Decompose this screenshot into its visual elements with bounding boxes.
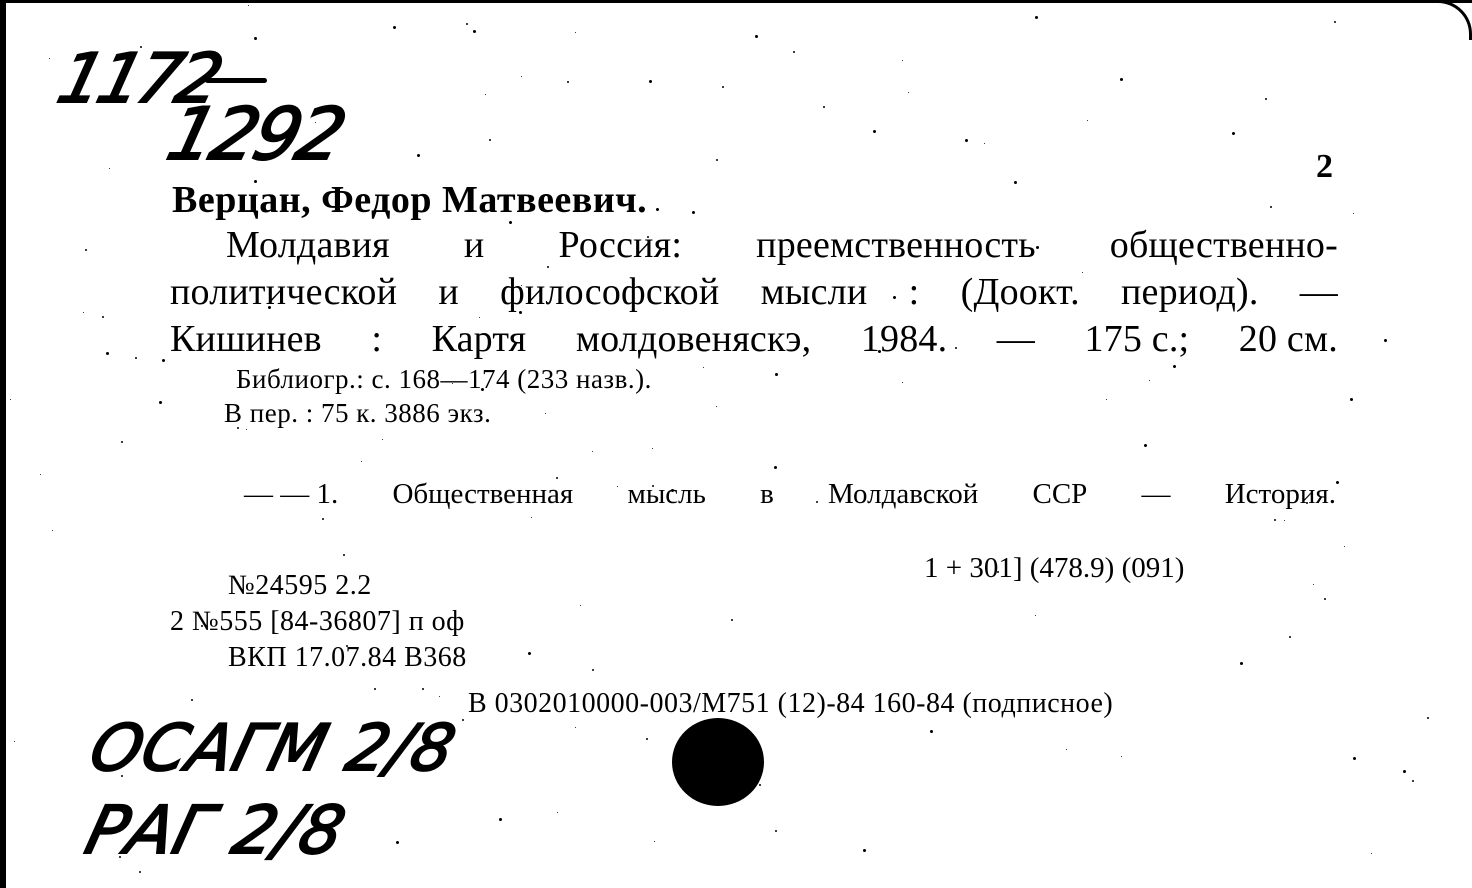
subject-word: Молдавской: [828, 478, 978, 511]
title-word: 20 см.: [1239, 316, 1338, 363]
subject-word: История.: [1225, 478, 1336, 511]
title-word: общественно-: [1110, 222, 1338, 269]
title-word: Россия:: [558, 222, 682, 269]
price-and-print-run: В пер. : 75 к. 3886 экз.: [224, 398, 491, 429]
title-word: мысли: [761, 269, 868, 316]
title-word: молдовеняскэ,: [576, 316, 811, 363]
technical-line-1: №24595 2.2: [228, 570, 372, 602]
subject-word: —: [1142, 478, 1171, 511]
title-line-3: Кишинев:Картямолдовеняскэ,1984.—175 с.;2…: [170, 316, 1338, 363]
handwritten-shelf-mark-2: РАГ 2/8: [78, 792, 353, 869]
title-line-2: политическойифилософскоймысли:(Доокт.пер…: [170, 269, 1338, 316]
bibliography-note: Библиогр.: с. 168—174 (233 назв.).: [236, 364, 652, 395]
title-word: 175 с.;: [1084, 316, 1189, 363]
subject-word: в: [760, 478, 774, 511]
title-word: —: [997, 316, 1035, 363]
card-rounded-corner: [1432, 0, 1472, 40]
technical-line-2: 2 №555 [84-36807] п оф: [170, 606, 465, 638]
title-word: :: [909, 269, 920, 316]
classification-index: 1 + 301] (478.9) (091): [924, 552, 1184, 585]
subject-word: ССР: [1033, 478, 1088, 511]
subject-word: Общественная: [392, 478, 573, 511]
handwritten-call-number-denominator: 1292: [160, 92, 352, 176]
subject-word: — — 1.: [244, 478, 338, 511]
title-word: Молдавия: [226, 222, 390, 269]
title-word: политической: [170, 269, 397, 316]
title-word: период).: [1121, 269, 1259, 316]
card-left-edge: [0, 0, 6, 888]
title-word: преемственность: [756, 222, 1036, 269]
title-word: Кишинев: [170, 316, 322, 363]
title-word: философской: [500, 269, 719, 316]
title-word: и: [464, 222, 485, 269]
technical-line-3: ВКП 17.07.84 В368: [228, 642, 467, 674]
technical-line-4: В 0302010000-003/М751 (12)-84 160-84 (по…: [468, 688, 1113, 720]
subject-word: мысль: [627, 478, 705, 511]
title-word: :: [371, 316, 382, 363]
subject-heading: — — 1.ОбщественнаямысльвМолдавскойССР—Ис…: [244, 478, 1336, 511]
catalog-card: 1172 1292 2 Верцан, Федор Матвеевич. Мол…: [0, 0, 1472, 888]
title-line-1: МолдавияиРоссия:преемственностьобществен…: [170, 222, 1338, 269]
title-word: Картя: [432, 316, 527, 363]
title-word: —: [1300, 269, 1338, 316]
title-word: 1984.: [861, 316, 948, 363]
card-number: 2: [1316, 148, 1333, 186]
title-word: и: [438, 269, 459, 316]
title-statement: МолдавияиРоссия:преемственностьобществен…: [170, 222, 1338, 363]
title-word: (Доокт.: [961, 269, 1080, 316]
punch-hole: [672, 718, 764, 806]
card-top-edge: [0, 0, 1472, 3]
handwritten-shelf-mark-1: ОСАГМ 2/8: [83, 712, 464, 786]
handwritten-fraction-bar: [205, 78, 267, 83]
author-heading: Верцан, Федор Матвеевич.: [172, 178, 647, 222]
